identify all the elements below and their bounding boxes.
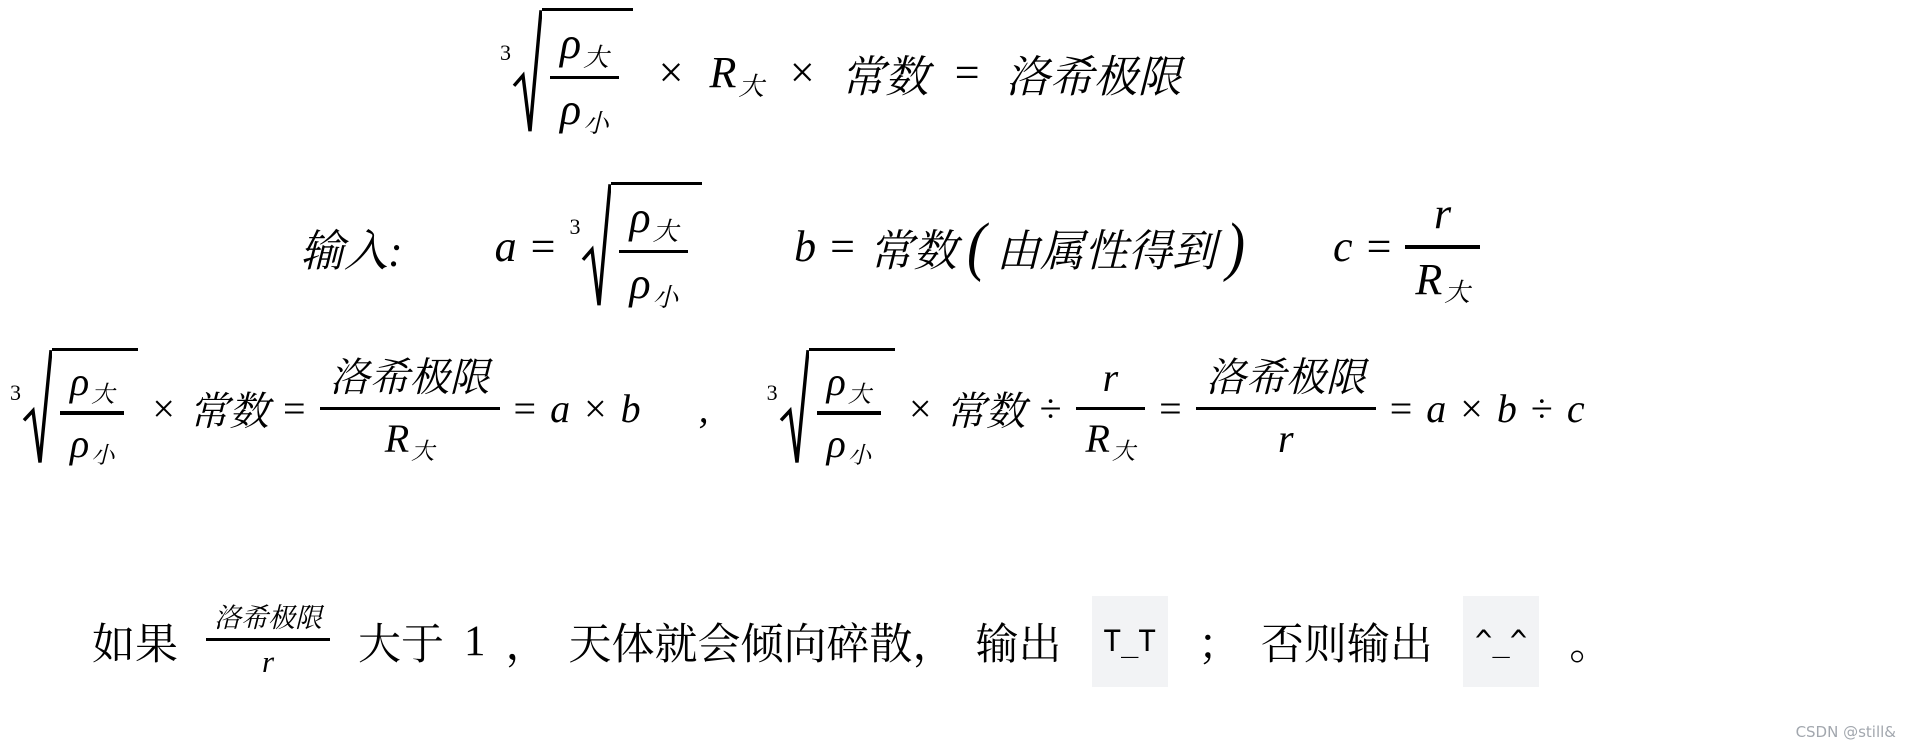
root-index: 3	[767, 382, 778, 404]
output-label: 输出	[976, 611, 1062, 672]
times-operator: ×	[790, 47, 815, 98]
density-small: ρ小	[817, 415, 881, 467]
constant-label: 常数	[946, 380, 1026, 437]
radius-large: R大	[709, 47, 763, 98]
cube-root-density-ratio: 3 ρ大 ρ小	[500, 8, 633, 138]
roche-over-r-fraction: 洛希极限 r	[206, 603, 330, 680]
density-large: ρ大	[817, 359, 881, 411]
greater-than-label: 大于	[358, 611, 444, 672]
density-large: ρ大	[619, 193, 688, 250]
divide-operator: ÷	[1040, 385, 1062, 432]
comma-mark: ，	[506, 611, 549, 672]
body-text: 天体就会倾向碎散，	[569, 611, 956, 672]
roche-over-r-fraction: 洛希极限 r	[1196, 355, 1376, 463]
density-small: ρ小	[550, 79, 619, 136]
orbit-radius: r	[1424, 189, 1461, 246]
r-over-R-fraction: r R大	[1076, 355, 1146, 463]
times-operator: ×	[152, 385, 175, 432]
derivation-right: 3 ρ大 ρ小 × 常数 ÷ r R大 = 洛希极限	[767, 348, 1585, 469]
var-c: c	[1567, 385, 1585, 432]
radical-icon	[512, 8, 542, 138]
cube-root-density-ratio: 3 ρ大 ρ小	[767, 348, 895, 469]
density-ratio-fraction: ρ大 ρ小	[817, 359, 881, 467]
radius-large: R大	[1076, 410, 1146, 462]
orbit-radius: r	[254, 641, 282, 680]
radical-icon	[779, 348, 809, 469]
var-b: b	[794, 221, 816, 272]
sad-face-code: T_T	[1092, 596, 1168, 687]
root-index: 3	[10, 382, 21, 404]
formula-inputs: 输入: a = 3 ρ大 ρ小 b = 常数 ( 由属性得到 )	[300, 182, 1480, 312]
input-b-definition: b = 常数 ( 由属性得到 )	[794, 214, 1241, 279]
times-operator: ×	[584, 385, 607, 432]
var-a: a	[1426, 385, 1446, 432]
semicolon-mark: ；	[1198, 611, 1241, 672]
roche-limit-label: 洛希极限	[1006, 41, 1182, 105]
equals-operator: =	[514, 385, 537, 432]
threshold-value: 1	[464, 617, 486, 666]
var-b: b	[1497, 385, 1517, 432]
root-index: 3	[569, 216, 580, 238]
density-ratio-fraction: ρ大 ρ小	[60, 359, 124, 467]
density-small: ρ小	[619, 253, 688, 310]
conditional-sentence: 如果 洛希极限 r 大于 1 ， 天体就会倾向碎散， 输出 T_T ； 否则输出…	[92, 596, 1612, 687]
var-a: a	[495, 221, 517, 272]
input-c-definition: c = r R大	[1333, 189, 1480, 306]
constant-label: 常数	[841, 41, 929, 105]
var-b: b	[621, 385, 641, 432]
equals-operator: =	[283, 385, 306, 432]
radius-large: R大	[375, 410, 445, 462]
csdn-watermark: CSDN @still&	[1796, 723, 1896, 741]
input-a-definition: a = 3 ρ大 ρ小	[495, 182, 702, 312]
r-over-R-fraction: r R大	[1405, 189, 1479, 306]
root-index: 3	[500, 42, 511, 64]
equals-operator: =	[830, 221, 855, 272]
times-operator: ×	[909, 385, 932, 432]
period-mark: 。	[1569, 611, 1612, 672]
derivation-left: 3 ρ大 ρ小 × 常数 = 洛希极限 R大 = a × b	[10, 348, 641, 469]
orbit-radius: r	[1093, 355, 1129, 407]
equals-operator: =	[1390, 385, 1413, 432]
happy-face-code: ^_^	[1463, 596, 1539, 687]
density-large: ρ大	[550, 19, 619, 76]
times-operator: ×	[1460, 385, 1483, 432]
else-label: 否则输出	[1261, 611, 1433, 672]
formula-derivations: 3 ρ大 ρ小 × 常数 = 洛希极限 R大 = a × b ,	[10, 348, 1585, 469]
input-label: 输入:	[300, 215, 403, 279]
orbit-radius: r	[1268, 410, 1304, 462]
formula-roche-limit: 3 ρ大 ρ小 × R大 × 常数 = 洛希极限	[500, 8, 1182, 138]
comma-separator: ,	[699, 385, 709, 432]
var-c: c	[1333, 221, 1353, 272]
radius-large: R大	[1405, 249, 1479, 306]
equals-operator: =	[531, 221, 556, 272]
cube-root-density-ratio: 3 ρ大 ρ小	[10, 348, 138, 469]
open-paren: (	[967, 209, 986, 284]
if-label: 如果	[92, 611, 178, 672]
constant-source-note: 由属性得到	[996, 215, 1216, 279]
roche-limit-label: 洛希极限	[320, 355, 500, 407]
cube-root-density-ratio: 3 ρ大 ρ小	[569, 182, 702, 312]
roche-limit-label: 洛希极限	[206, 603, 330, 638]
equals-operator: =	[955, 47, 980, 98]
var-a: a	[550, 385, 570, 432]
close-paren: )	[1226, 209, 1245, 284]
roche-limit-label: 洛希极限	[1196, 355, 1376, 407]
radical-icon	[581, 182, 611, 312]
density-small: ρ小	[60, 415, 124, 467]
constant-label: 常数	[869, 215, 957, 279]
density-ratio-fraction: ρ大 ρ小	[619, 193, 688, 310]
times-operator: ×	[659, 47, 684, 98]
radical-icon	[22, 348, 52, 469]
divide-operator: ÷	[1531, 385, 1553, 432]
density-ratio-fraction: ρ大 ρ小	[550, 19, 619, 136]
equals-operator: =	[1159, 385, 1182, 432]
roche-over-R-fraction: 洛希极限 R大	[320, 355, 500, 463]
equals-operator: =	[1367, 221, 1392, 272]
constant-label: 常数	[189, 380, 269, 437]
density-large: ρ大	[60, 359, 124, 411]
